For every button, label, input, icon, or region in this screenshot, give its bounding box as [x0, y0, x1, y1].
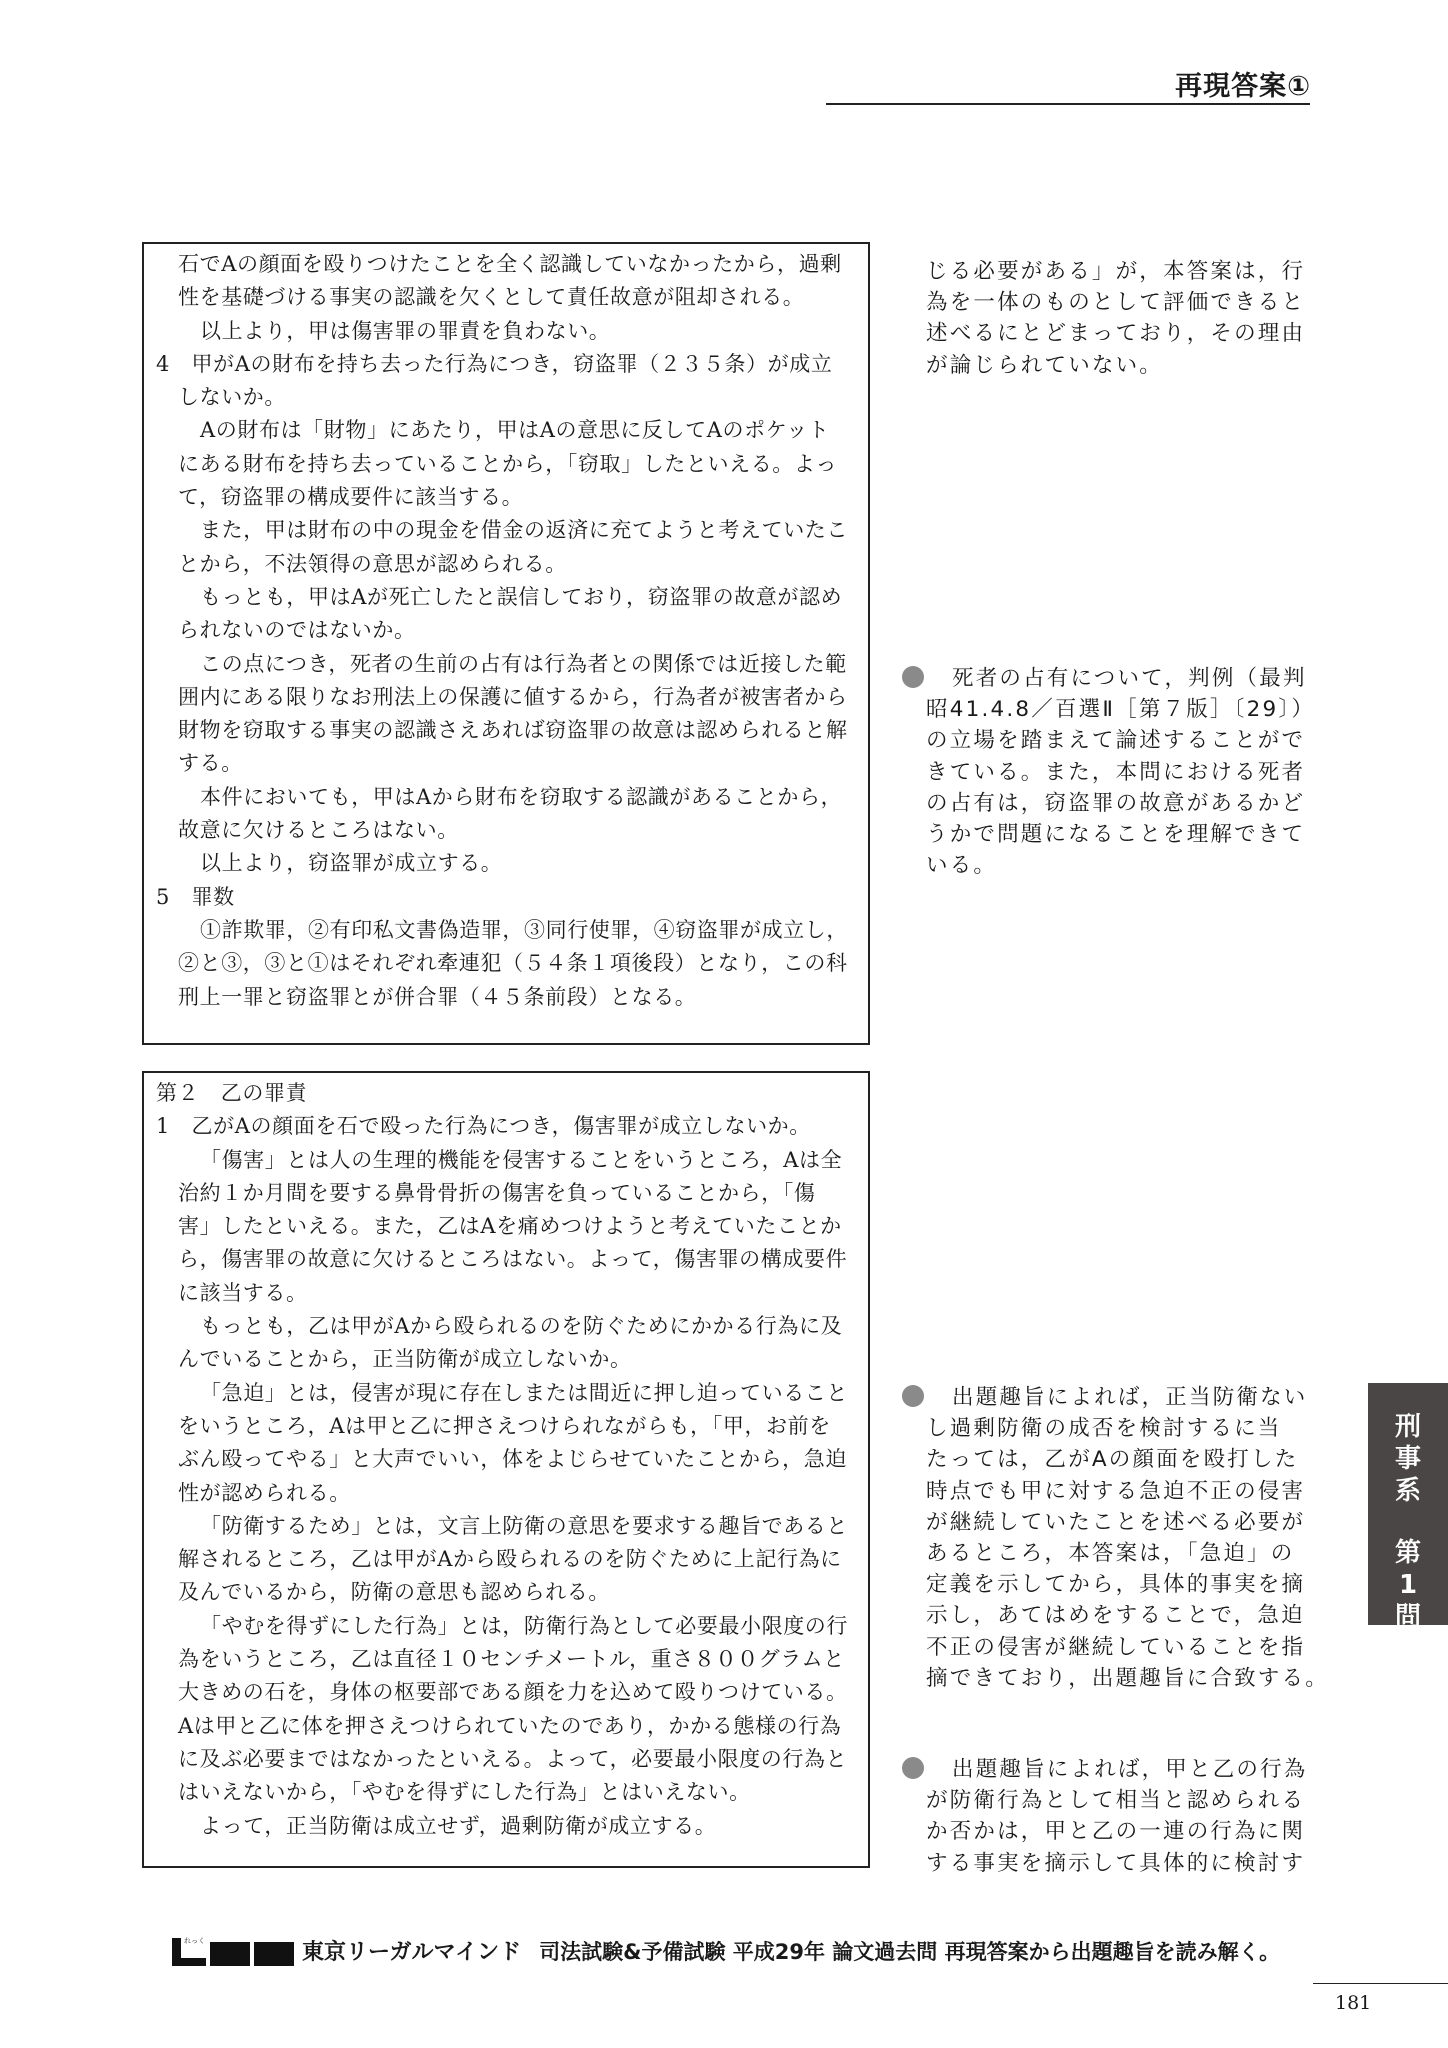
- comment-line: きている。また，本問における死者: [898, 757, 1310, 788]
- answer-line: んでいることから，正当防衛が成立しないか。: [156, 1343, 856, 1376]
- answer-line: 故意に欠けるところはない。: [156, 814, 856, 847]
- answer-line: て，窃盗罪の構成要件に該当する。: [156, 481, 856, 514]
- side-tab-char: 事: [1395, 1443, 1421, 1475]
- comment-text: 死者の占有について，判例（最判: [952, 666, 1307, 691]
- answer-line: 「傷害」とは人の生理的機能を侵害することをいうところ，Aは全: [156, 1144, 856, 1177]
- comment-line: 時点でも甲に対する急迫不正の侵害: [898, 1476, 1310, 1507]
- comment-line: いる。: [898, 850, 1310, 881]
- answer-line: 石でAの顔面を殴りつけたことを全く認識していなかったから，過剰: [156, 248, 856, 281]
- comment-line: 示し，あてはめをすることで，急迫: [898, 1600, 1310, 1631]
- answer-line: しないか。: [156, 381, 856, 414]
- comment-text: 示し，あてはめをすることで，急迫: [926, 1603, 1305, 1628]
- comment-text: が継続していたことを述べる必要が: [926, 1510, 1305, 1535]
- comment-line: が論じられていない。: [898, 350, 1310, 381]
- answer-line: 本件においても，甲はAから財布を窃取する認識があることから，: [156, 781, 856, 814]
- answer-line: 性を基礎づける事実の認識を欠くとして責任故意が阻却される。: [156, 281, 856, 314]
- answer-line: また，甲は財布の中の現金を借金の返済に充てようと考えていたこ: [156, 514, 856, 547]
- comment-line: 述べるにとどまっており，その理由: [898, 318, 1310, 349]
- answer-line: 4 甲がAの財布を持ち去った行為につき，窃盗罪（２３５条）が成立: [156, 348, 856, 381]
- answer-line: 以上より，窃盗罪が成立する。: [156, 847, 856, 880]
- answer-line: 刑上一罪と窃盗罪とが併合罪（４５条前段）となる。: [156, 981, 856, 1014]
- answer-line: よって，正当防衛は成立せず，過剰防衛が成立する。: [156, 1810, 856, 1843]
- answer-line: 性が認められる。: [156, 1477, 856, 1510]
- logo-ruby: れっく: [184, 1936, 205, 1946]
- answer-line: 及んでいるから，防衛の意思も認められる。: [156, 1576, 856, 1609]
- comment-text: し過剰防衛の成否を検討するに当: [926, 1416, 1282, 1441]
- bullet-icon: [902, 1757, 924, 1779]
- answer-line: Aは甲と乙に体を押さえつけられていたのであり，かかる態様の行為: [156, 1710, 856, 1743]
- answer-line: に該当する。: [156, 1277, 856, 1310]
- comment-text: の立場を踏まえて論述することがで: [926, 728, 1305, 753]
- comment-text: たっては，乙がAの顔面を殴打した: [926, 1447, 1298, 1472]
- answer-line: もっとも，甲はAが死亡したと誤信しており，窃盗罪の故意が認め: [156, 581, 856, 614]
- lec-logo: れっく: [172, 1938, 294, 1966]
- page-section-title: 再現答案①: [1175, 64, 1311, 103]
- footer-divider: [1313, 1983, 1448, 1984]
- comment-text: 不正の侵害が継続していることを指: [926, 1635, 1305, 1660]
- comment-line: あるところ，本答案は，「急迫」の: [898, 1538, 1310, 1569]
- comment-line: たっては，乙がAの顔面を殴打した: [898, 1444, 1310, 1475]
- comment-line: か否かは，甲と乙の一連の行為に関: [898, 1816, 1310, 1847]
- comment-text: が論じられていない。: [926, 353, 1163, 378]
- comment-line: 昭41.4.8／百選Ⅱ［第７版］〔29〕）: [898, 694, 1310, 725]
- comment-text: 述べるにとどまっており，その理由: [926, 321, 1305, 346]
- comment-text: 昭41.4.8／百選Ⅱ［第７版］〔29〕）: [926, 697, 1315, 722]
- bullet-icon: [902, 1385, 924, 1407]
- comment-text: が防衛行為として相当と認められる: [926, 1788, 1305, 1813]
- answer-line: ①詐欺罪，②有印私文書偽造罪，③同行使罪，④窃盗罪が成立し，: [156, 914, 856, 947]
- comment-line: 出題趣旨によれば，甲と乙の行為: [898, 1754, 1310, 1785]
- answer-line: 大きめの石を，身体の枢要部である顔を力を込めて殴りつけている。: [156, 1676, 856, 1709]
- comment-line: 摘できており，出題趣旨に合致する。: [898, 1663, 1310, 1694]
- comment-line: が防衛行為として相当と認められる: [898, 1785, 1310, 1816]
- answer-line: 5 罪数: [156, 881, 856, 914]
- comment-text: の占有は，窃盗罪の故意があるかど: [926, 791, 1305, 816]
- comment-text: 時点でも甲に対する急迫不正の侵害: [926, 1479, 1305, 1504]
- page-number: 181: [1335, 1992, 1371, 2014]
- comment-text: いる。: [926, 853, 997, 878]
- section-side-tab: 刑 事 系 第 1 問: [1368, 1383, 1448, 1625]
- header-divider: [826, 103, 1310, 105]
- answer-line: 「やむを得ずにした行為」とは，防衛行為として必要最小限度の行: [156, 1610, 856, 1643]
- comment-text: 為を一体のものとして評価できると: [926, 290, 1305, 315]
- answer-line: 1 乙がAの顔面を石で殴った行為につき，傷害罪が成立しないか。: [156, 1110, 856, 1143]
- answer-line: 解されるところ，乙は甲がAから殴られるのを防ぐために上記行為に: [156, 1543, 856, 1576]
- answer-line: 囲内にある限りなお刑法上の保護に値するから，行為者が被害者から: [156, 681, 856, 714]
- answer-line: もっとも，乙は甲がAから殴られるのを防ぐためにかかる行為に及: [156, 1310, 856, 1343]
- answer-line: Aの財布は「財物」にあたり，甲はAの意思に反してAのポケット: [156, 414, 856, 447]
- comment-4: 出題趣旨によれば，甲と乙の行為が防衛行為として相当と認められるか否かは，甲と乙の…: [898, 1754, 1310, 1879]
- answer-line: にある財布を持ち去っていることから，「窃取」したといえる。よっ: [156, 448, 856, 481]
- footer: れっく 東京リーガルマインド 司法試験&予備試験 平成29年 論文過去問 再現答…: [172, 1935, 1280, 1966]
- comment-text: する事実を摘示して具体的に検討す: [926, 1851, 1305, 1876]
- comment-line: 不正の侵害が継続していることを指: [898, 1632, 1310, 1663]
- comment-line: が継続していたことを述べる必要が: [898, 1507, 1310, 1538]
- comment-text: 摘できており，出題趣旨に合致する。: [926, 1666, 1329, 1691]
- comment-text: うかで問題になることを理解できて: [926, 822, 1305, 847]
- comment-line: 出題趣旨によれば，正当防衛ない: [898, 1382, 1310, 1413]
- answer-line: 治約１か月間を要する鼻骨骨折の傷害を負っていることから，「傷: [156, 1177, 856, 1210]
- side-tab-char: 1: [1399, 1569, 1417, 1601]
- answer-line: ②と③，③と①はそれぞれ牽連犯（５４条１項後段）となり，この科: [156, 947, 856, 980]
- answer-line: られないのではないか。: [156, 614, 856, 647]
- comment-text: 出題趣旨によれば，甲と乙の行為: [952, 1757, 1308, 1782]
- comment-line: の立場を踏まえて論述することがで: [898, 725, 1310, 756]
- comment-1: じる必要がある」が，本答案は，行為を一体のものとして評価できると述べるにとどまっ…: [898, 256, 1310, 381]
- answer-line: 害」したといえる。また，乙はAを痛めつけようと考えていたことか: [156, 1210, 856, 1243]
- answer-line: 為をいうところ，乙は直径１０センチメートル，重さ８００グラムと: [156, 1643, 856, 1676]
- comment-line: 死者の占有について，判例（最判: [898, 663, 1310, 694]
- answer-line: 財物を窃取する事実の認識さえあれば窃盗罪の故意は認められると解: [156, 714, 856, 747]
- comment-text: じる必要がある」が，本答案は，行: [926, 259, 1305, 284]
- brand-name: 東京リーガルマインド: [302, 1935, 521, 1966]
- comment-line: する事実を摘示して具体的に検討す: [898, 1848, 1310, 1879]
- comment-3: 出題趣旨によれば，正当防衛ないし過剰防衛の成否を検討するに当たっては，乙がAの顔…: [898, 1382, 1310, 1694]
- side-tab-char: 刑: [1395, 1411, 1421, 1443]
- side-tab-char: 系: [1395, 1475, 1421, 1507]
- answer-line: に及ぶ必要まではなかったといえる。よって，必要最小限度の行為と: [156, 1743, 856, 1776]
- comment-text: きている。また，本問における死者: [926, 760, 1305, 785]
- comment-text: 定義を示してから，具体的事実を摘: [926, 1572, 1305, 1597]
- answer-line: 以上より，甲は傷害罪の罪責を負わない。: [156, 315, 856, 348]
- footer-series-title: 司法試験&予備試験 平成29年 論文過去問 再現答案から出題趣旨を読み解く。: [539, 1936, 1280, 1966]
- comment-line: じる必要がある」が，本答案は，行: [898, 256, 1310, 287]
- comment-text: あるところ，本答案は，「急迫」の: [926, 1541, 1294, 1566]
- answer-line: ら，傷害罪の故意に欠けるところはない。よって，傷害罪の構成要件: [156, 1243, 856, 1276]
- answer-line: ぶん殴ってやる」と大声でいい，体をよじらせていたことから，急迫: [156, 1443, 856, 1476]
- comment-line: し過剰防衛の成否を検討するに当: [898, 1413, 1310, 1444]
- answer-line: をいうところ，Aは甲と乙に押さえつけられながらも，「甲，お前を: [156, 1410, 856, 1443]
- answer-line: 第２ 乙の罪責: [156, 1077, 856, 1110]
- answer-line: この点につき，死者の生前の占有は行為者との関係では近接した範: [156, 648, 856, 681]
- bullet-icon: [902, 666, 924, 688]
- comment-line: 定義を示してから，具体的事実を摘: [898, 1569, 1310, 1600]
- answer-line: はいえないから，「やむを得ずにした行為」とはいえない。: [156, 1776, 856, 1809]
- comment-text: か否かは，甲と乙の一連の行為に関: [926, 1819, 1305, 1844]
- comment-2: 死者の占有について，判例（最判昭41.4.8／百選Ⅱ［第７版］〔29〕）の立場を…: [898, 663, 1310, 881]
- answer-box-1: 石でAの顔面を殴りつけたことを全く認識していなかったから，過剰性を基礎づける事実…: [142, 242, 870, 1045]
- side-tab-char: 問: [1395, 1601, 1421, 1633]
- answer-line: 「急迫」とは，侵害が現に存在しまたは間近に押し迫っていること: [156, 1377, 856, 1410]
- comment-line: の占有は，窃盗罪の故意があるかど: [898, 788, 1310, 819]
- comment-text: 出題趣旨によれば，正当防衛ない: [952, 1385, 1308, 1410]
- side-tab-char: 第: [1395, 1537, 1421, 1569]
- answer-line: する。: [156, 747, 856, 780]
- comment-line: 為を一体のものとして評価できると: [898, 287, 1310, 318]
- answer-box-2: 第２ 乙の罪責1 乙がAの顔面を石で殴った行為につき，傷害罪が成立しないか。「傷…: [142, 1071, 870, 1868]
- answer-line: とから，不法領得の意思が認められる。: [156, 548, 856, 581]
- comment-line: うかで問題になることを理解できて: [898, 819, 1310, 850]
- answer-line: 「防衛するため」とは，文言上防衛の意思を要求する趣旨であると: [156, 1510, 856, 1543]
